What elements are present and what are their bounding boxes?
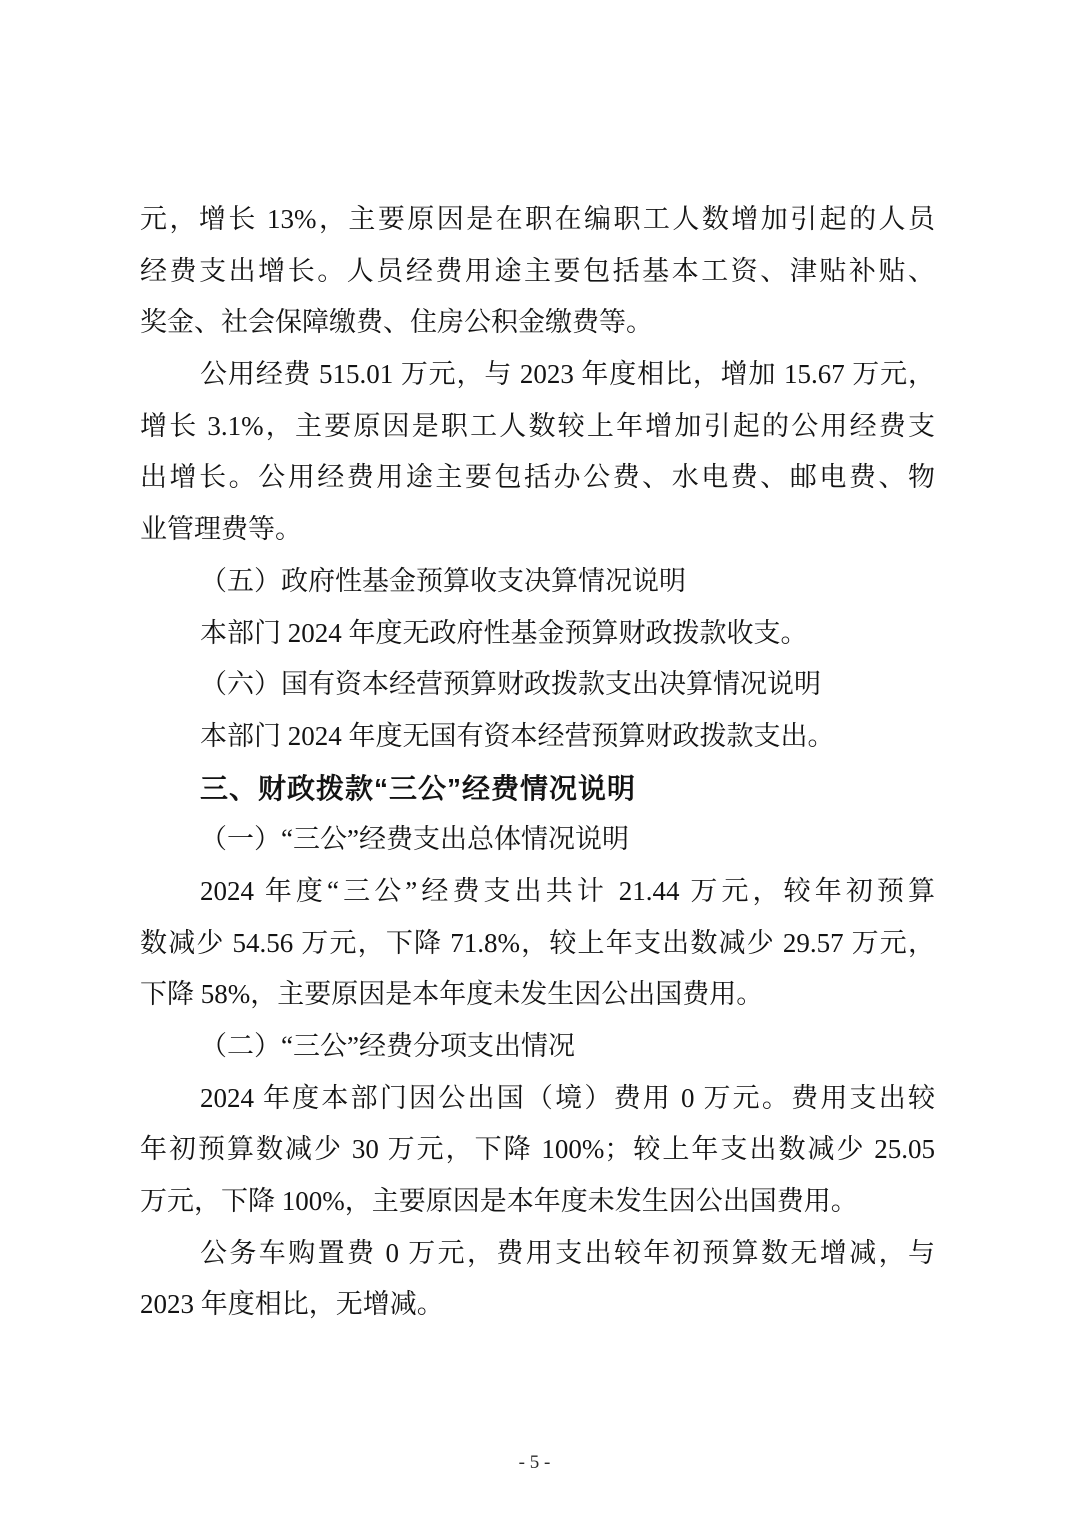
text-line: 出增长。公用经费用途主要包括办公费、水电费、邮电费、物 bbox=[140, 452, 935, 504]
text-line: 本部门 2024 年度无国有资本经营预算财政拨款支出。 bbox=[140, 711, 935, 763]
heading-section-5: （五）政府性基金预算收支决算情况说明 bbox=[140, 556, 935, 608]
text-line: 业管理费等。 bbox=[140, 504, 935, 556]
heading-section-6: （六）国有资本经营预算财政拨款支出决算情况说明 bbox=[140, 659, 935, 711]
text-line: 年初预算数减少 30 万元，下降 100%；较上年支出数减少 25.05 bbox=[140, 1124, 935, 1176]
text-line: 公务车购置费 0 万元，费用支出较年初预算数无增减，与 bbox=[140, 1228, 935, 1280]
text-line: 数减少 54.56 万元，下降 71.8%，较上年支出数减少 29.57 万元， bbox=[140, 918, 935, 970]
text-line: 元，增长 13%，主要原因是在职在编职工人数增加引起的人员 bbox=[140, 194, 935, 246]
text-line: 增长 3.1%，主要原因是职工人数较上年增加引起的公用经费支 bbox=[140, 401, 935, 453]
heading-subsection-2: （二）“三公”经费分项支出情况 bbox=[140, 1021, 935, 1073]
text-line: 本部门 2024 年度无政府性基金预算财政拨款收支。 bbox=[140, 608, 935, 660]
text-line: 经费支出增长。人员经费用途主要包括基本工资、津贴补贴、 bbox=[140, 246, 935, 298]
text-line: 2024 年度“三公”经费支出共计 21.44 万元，较年初预算 bbox=[140, 866, 935, 918]
text-line: 公用经费 515.01 万元，与 2023 年度相比，增加 15.67 万元， bbox=[140, 349, 935, 401]
text-line: 2024 年度本部门因公出国（境）费用 0 万元。费用支出较 bbox=[140, 1073, 935, 1125]
heading-subsection-1: （一）“三公”经费支出总体情况说明 bbox=[140, 814, 935, 866]
text-line: 奖金、社会保障缴费、住房公积金缴费等。 bbox=[140, 297, 935, 349]
document-body: 元，增长 13%，主要原因是在职在编职工人数增加引起的人员 经费支出增长。人员经… bbox=[140, 194, 935, 1331]
text-line: 万元，下降 100%，主要原因是本年度未发生因公出国费用。 bbox=[140, 1176, 935, 1228]
heading-chapter-3: 三、财政拨款“三公”经费情况说明 bbox=[140, 763, 935, 815]
text-line: 2023 年度相比，无增减。 bbox=[140, 1279, 935, 1331]
text-line: 下降 58%，主要原因是本年度未发生因公出国费用。 bbox=[140, 969, 935, 1021]
document-page: 元，增长 13%，主要原因是在职在编职工人数增加引起的人员 经费支出增长。人员经… bbox=[0, 0, 1069, 1515]
page-number: - 5 - bbox=[0, 1452, 1069, 1474]
